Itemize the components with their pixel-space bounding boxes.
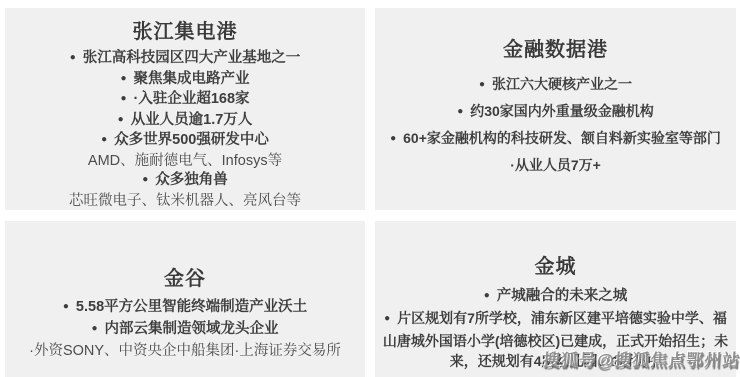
bullet-icon: ●	[70, 48, 76, 68]
list-item: ●约30家国内外重量级金融机构	[375, 99, 736, 126]
section-title-gold-city: 金城	[375, 256, 736, 278]
list-item-text: 内部云集制造领域龙头企业	[105, 321, 279, 337]
list-item: ·从业人员7万+	[375, 153, 736, 177]
bullet-icon: ●	[120, 89, 126, 109]
section-card-zhangjiang-ic-port: 张江集电港 ●张江高科技园区四大产业基地之一 ●聚焦集成电路产业 ●·入驻企业超…	[5, 8, 365, 210]
bullet-icon: ●	[63, 297, 69, 317]
watermark: 搜狐号@搜狐焦点鄂州站	[542, 346, 740, 371]
list-item-sub: ·外资SONY、中资央企中船集团·上海证券交易所	[5, 341, 365, 361]
section-card-gold-valley: 金谷 ●5.58平方公里智能终端制造产业沃土 ●内部云集制造领域龙头企业 ·外资…	[5, 221, 365, 377]
bullet-icon: ●	[384, 309, 390, 329]
bullet-icon: ●	[457, 100, 463, 124]
list-item-text: 5.58平方公里智能终端制造产业沃土	[76, 299, 307, 315]
list-item: ●众多世界500强研发中心	[5, 131, 365, 152]
list-item: ●60+家金融机构的科技研发、颔自料新实验室等部门	[375, 126, 736, 153]
list-item: ●众多独角兽	[5, 171, 365, 192]
list-item-text: 张江六大硬核产业之一	[492, 76, 632, 92]
section-title-gold-valley: 金谷	[5, 268, 365, 290]
list-item-text: ·入驻企业超168家	[134, 91, 250, 107]
section-title-finance-data-port: 金融数据港	[375, 39, 736, 61]
list-item-sub: AMD、施耐德电气、Infosys等	[5, 152, 365, 172]
list-item-text: 聚焦集成电路产业	[134, 71, 250, 87]
list-item: ●张江高科技园区四大产业基地之一	[5, 49, 365, 70]
list-item-sub: 芯旺微电子、钛米机器人、亮风台等	[5, 192, 365, 212]
bullet-icon: ●	[101, 130, 107, 150]
section-card-finance-data-port: 金融数据港 ●张江六大硬核产业之一 ●约30家国内外重量级金融机构 ●60+家金…	[375, 8, 736, 210]
list-item: ●·入驻企业超168家	[5, 90, 365, 111]
bullet-icon: ●	[91, 319, 97, 339]
bullet-icon: ●	[120, 69, 126, 89]
list-item-text: 产城融合的未来之城	[497, 288, 628, 304]
list-item-text: 从业人员逾1.7万人	[131, 112, 253, 128]
bullet-icon: ●	[484, 286, 490, 306]
list-item-text: 约30家国内外重量级金融机构	[470, 103, 654, 119]
bullet-icon: ●	[479, 73, 485, 97]
list-item: ●张江六大硬核产业之一	[375, 72, 736, 99]
list-item-text: 众多世界500强研发中心	[114, 132, 269, 148]
infographic-page: 张江集电港 ●张江高科技园区四大产业基地之一 ●聚焦集成电路产业 ●·入驻企业超…	[0, 0, 740, 377]
list-item: ●产城融合的未来之城	[375, 286, 736, 308]
bullet-icon: ●	[142, 170, 148, 190]
list-item: ●从业人员逾1.7万人	[5, 111, 365, 132]
list-item-text: 60+家金融机构的科技研发、颔自料新实验室等部门	[403, 130, 721, 146]
bullet-icon: ●	[118, 110, 124, 130]
list-item-text: 众多独角兽	[155, 172, 228, 188]
section-title-ic-port: 张江集电港	[5, 21, 365, 43]
list-item-text: 张江高科技园区四大产业基地之一	[83, 50, 301, 66]
bullet-icon: ●	[390, 127, 396, 151]
list-item: ●聚焦集成电路产业	[5, 70, 365, 91]
list-item: ●5.58平方公里智能终端制造产业沃土	[5, 297, 365, 319]
list-item: ●内部云集制造领域龙头企业	[5, 319, 365, 341]
